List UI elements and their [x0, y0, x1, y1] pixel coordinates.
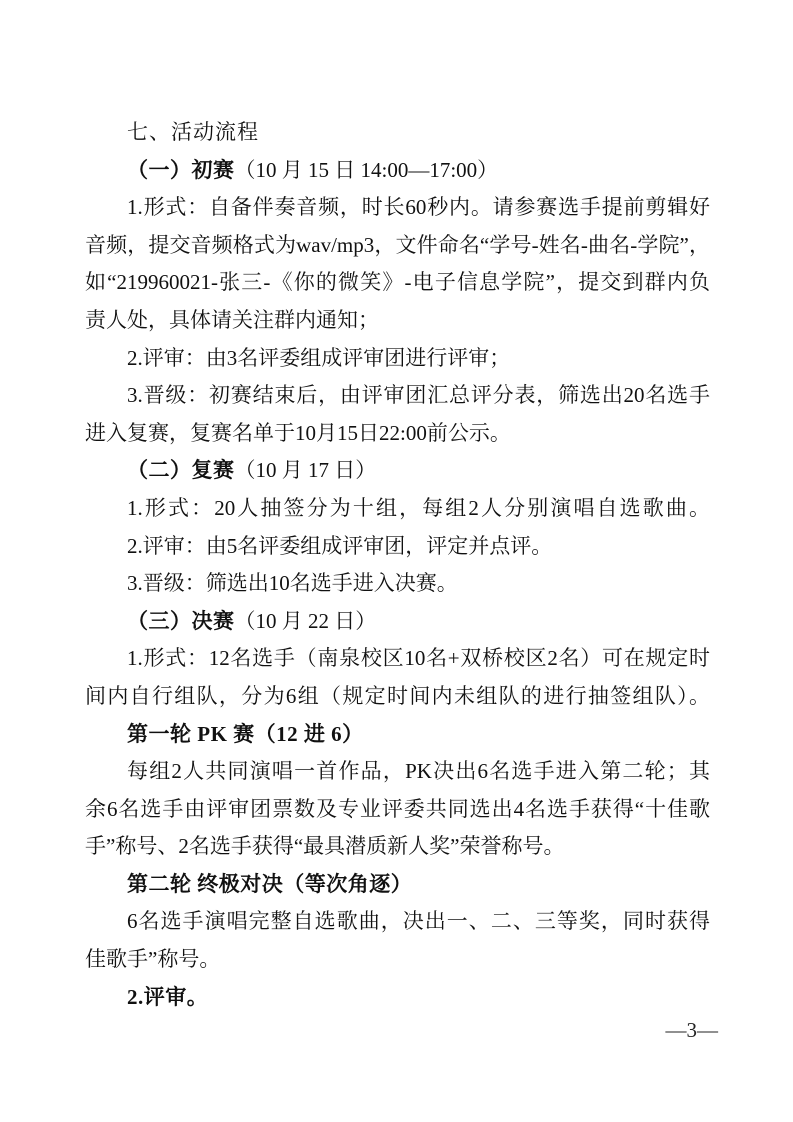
body-text-line: 2.评审：由3名评委组成评审团进行评审；	[85, 340, 710, 378]
body-text-line: 余6名选手由评审团票数及专业评委共同选出4名选手获得“十佳歌	[85, 791, 710, 829]
document-page: 七、活动流程 （一）初赛（10 月 15 日 14:00—17:00） 1.形式…	[0, 0, 793, 1122]
subsection-label: （二）复赛	[127, 458, 235, 482]
subsection-date: （10 月 17 日）	[235, 458, 377, 482]
subsection-heading-preliminary: （一）初赛（10 月 15 日 14:00—17:00）	[85, 152, 710, 190]
body-text-line: 如“219960021-张三-《你的微笑》-电子信息学院”，提交到群内负	[85, 264, 710, 302]
round-heading-pk: 第一轮 PK 赛（12 进 6）	[85, 716, 710, 754]
body-text-line: 3.晋级：初赛结束后，由评审团汇总评分表，筛选出20名选手	[85, 377, 710, 415]
subsection-date: （10 月 22 日）	[235, 609, 377, 633]
body-text-line: 6名选手演唱完整自选歌曲，决出一、二、三等奖，同时获得“十	[85, 903, 710, 941]
body-text-line: 佳歌手”称号。	[85, 941, 710, 979]
review-heading: 2.评审。	[85, 979, 710, 1017]
section-title: 七、活动流程	[85, 114, 710, 152]
body-text-line: 1.形式：自备伴奏音频，时长60秒内。请参赛选手提前剪辑好	[85, 189, 710, 227]
subsection-heading-semifinal: （二）复赛（10 月 17 日）	[85, 452, 710, 490]
subsection-heading-final: （三）决赛（10 月 22 日）	[85, 603, 710, 641]
body-text-line: 手”称号、2名选手获得“最具潜质新人奖”荣誉称号。	[85, 828, 710, 866]
subsection-label: （三）决赛	[127, 609, 235, 633]
page-number: —3—	[666, 1012, 719, 1050]
body-text-line: 间内自行组队，分为6组（规定时间内未组队的进行抽签组队）。	[85, 678, 710, 716]
subsection-label: （一）初赛	[127, 158, 235, 182]
round-heading-ultimate: 第二轮 终极对决（等次角逐）	[85, 866, 710, 904]
body-text-line: 1.形式：12名选手（南泉校区10名+双桥校区2名）可在规定时	[85, 640, 710, 678]
subsection-date: （10 月 15 日 14:00—17:00）	[235, 158, 499, 182]
body-text-line: 3.晋级：筛选出10名选手进入决赛。	[85, 565, 710, 603]
body-text-line: 进入复赛，复赛名单于10月15日22:00前公示。	[85, 415, 710, 453]
body-text-line: 2.评审：由5名评委组成评审团，评定并点评。	[85, 528, 710, 566]
document-body: 七、活动流程 （一）初赛（10 月 15 日 14:00—17:00） 1.形式…	[85, 114, 710, 1016]
body-text-line: 音频，提交音频格式为wav/mp3，文件命名“学号-姓名-曲名-学院”，	[85, 227, 710, 265]
body-text-line: 每组2人共同演唱一首作品，PK决出6名选手进入第二轮；其	[85, 753, 710, 791]
body-text-line: 责人处，具体请关注群内通知；	[85, 302, 710, 340]
body-text-line: 1.形式：20人抽签分为十组，每组2人分别演唱自选歌曲。	[85, 490, 710, 528]
